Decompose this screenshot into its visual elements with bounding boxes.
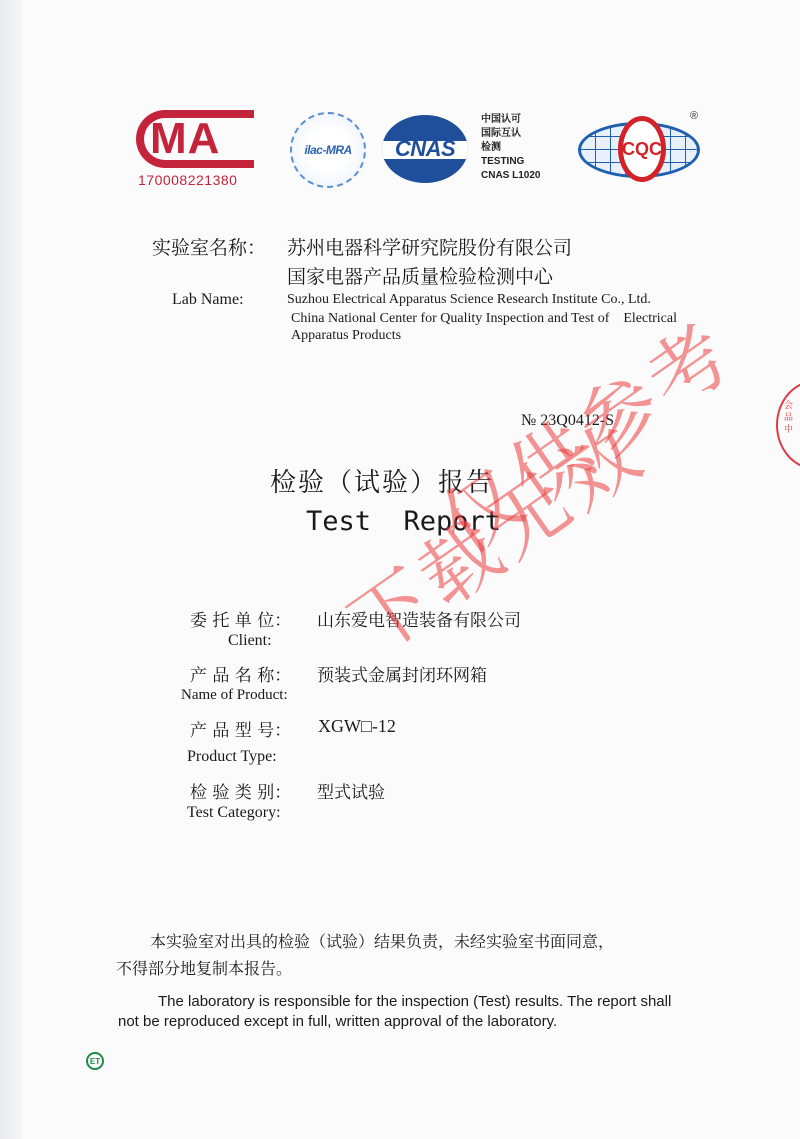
cnas-caption-line: 检测 bbox=[481, 141, 540, 155]
client-value: 山东爱电智造装备有限公司 bbox=[317, 606, 521, 631]
notice-cn-line-2: 不得部分地复制本报告。 bbox=[116, 956, 292, 979]
cnas-caption: 中国认可 国际互认 检测 TESTING CNAS L1020 bbox=[481, 113, 540, 183]
cqc-logo: CQC bbox=[578, 116, 702, 182]
product-type-label-en: Product Type: bbox=[187, 748, 277, 766]
et-mark-icon: ET bbox=[86, 1052, 104, 1070]
side-seal-text: 会品中 bbox=[784, 400, 798, 436]
product-name-label-en: Name of Product: bbox=[181, 687, 288, 704]
ilac-logo-text: ilac-MRA bbox=[304, 143, 351, 157]
notice-en-line-2: not be reproduced except in full, writte… bbox=[118, 1013, 557, 1030]
lab-name-en-line-1: Suzhou Electrical Apparatus Science Rese… bbox=[287, 292, 651, 308]
et-mark-text: ET bbox=[90, 1057, 100, 1066]
cnas-caption-line: 国际互认 bbox=[481, 127, 540, 141]
registered-mark: ® bbox=[690, 110, 698, 122]
cnas-logo: CNAS bbox=[382, 115, 468, 183]
lab-name-cn-line-1: 苏州电器科学研究院股份有限公司 bbox=[287, 233, 572, 260]
side-seal-stamp: 会品中 bbox=[776, 380, 800, 470]
lab-name-label-en: Lab Name: bbox=[172, 291, 244, 309]
test-category-value: 型式试验 bbox=[317, 778, 385, 803]
notice-en-line-1: The laboratory is responsible for the in… bbox=[158, 993, 671, 1010]
product-name-label-cn: 产 品 名 称： bbox=[190, 661, 291, 686]
lab-name-en-line-3: Apparatus Products bbox=[291, 328, 401, 344]
test-category-label-cn: 检 验 类 别： bbox=[190, 778, 291, 803]
cnas-logo-text: CNAS bbox=[395, 136, 455, 162]
report-number: № 23Q0412-S bbox=[521, 412, 614, 430]
notice-cn-line-1: 本实验室对出具的检验（试验）结果负责，未经实验室书面同意， bbox=[150, 929, 614, 952]
cma-logo: MA 170008221380 bbox=[136, 110, 260, 190]
client-label-cn: 委 托 单 位： bbox=[190, 606, 291, 631]
client-label-en: Client: bbox=[228, 632, 272, 650]
report-title-cn: 检验（试验）报告 bbox=[270, 462, 494, 499]
cqc-emblem-icon: CQC bbox=[618, 116, 666, 182]
test-category-label-en: Test Category: bbox=[187, 804, 281, 822]
product-name-value: 预装式金属封闭环网箱 bbox=[317, 661, 487, 686]
ilac-mra-logo: ilac-MRA bbox=[290, 112, 366, 188]
cma-logo-text: MA bbox=[150, 113, 220, 165]
cqc-logo-text: CQC bbox=[622, 139, 662, 160]
cma-number: 170008221380 bbox=[138, 172, 237, 188]
lab-name-en-line-2: China National Center for Quality Inspec… bbox=[291, 311, 677, 327]
product-type-label-cn: 产 品 型 号： bbox=[190, 716, 291, 741]
cnas-caption-line: 中国认可 bbox=[481, 113, 540, 127]
lab-name-label-cn: 实验室名称： bbox=[152, 233, 266, 260]
cnas-caption-line: CNAS L1020 bbox=[481, 169, 540, 183]
scan-page-edge bbox=[0, 0, 22, 1139]
report-title-en: Test Report bbox=[306, 506, 501, 537]
lab-name-cn-line-2: 国家电器产品质量检验检测中心 bbox=[287, 262, 553, 289]
product-type-value: XGW□-12 bbox=[318, 716, 396, 737]
cnas-caption-line: TESTING bbox=[481, 155, 540, 169]
